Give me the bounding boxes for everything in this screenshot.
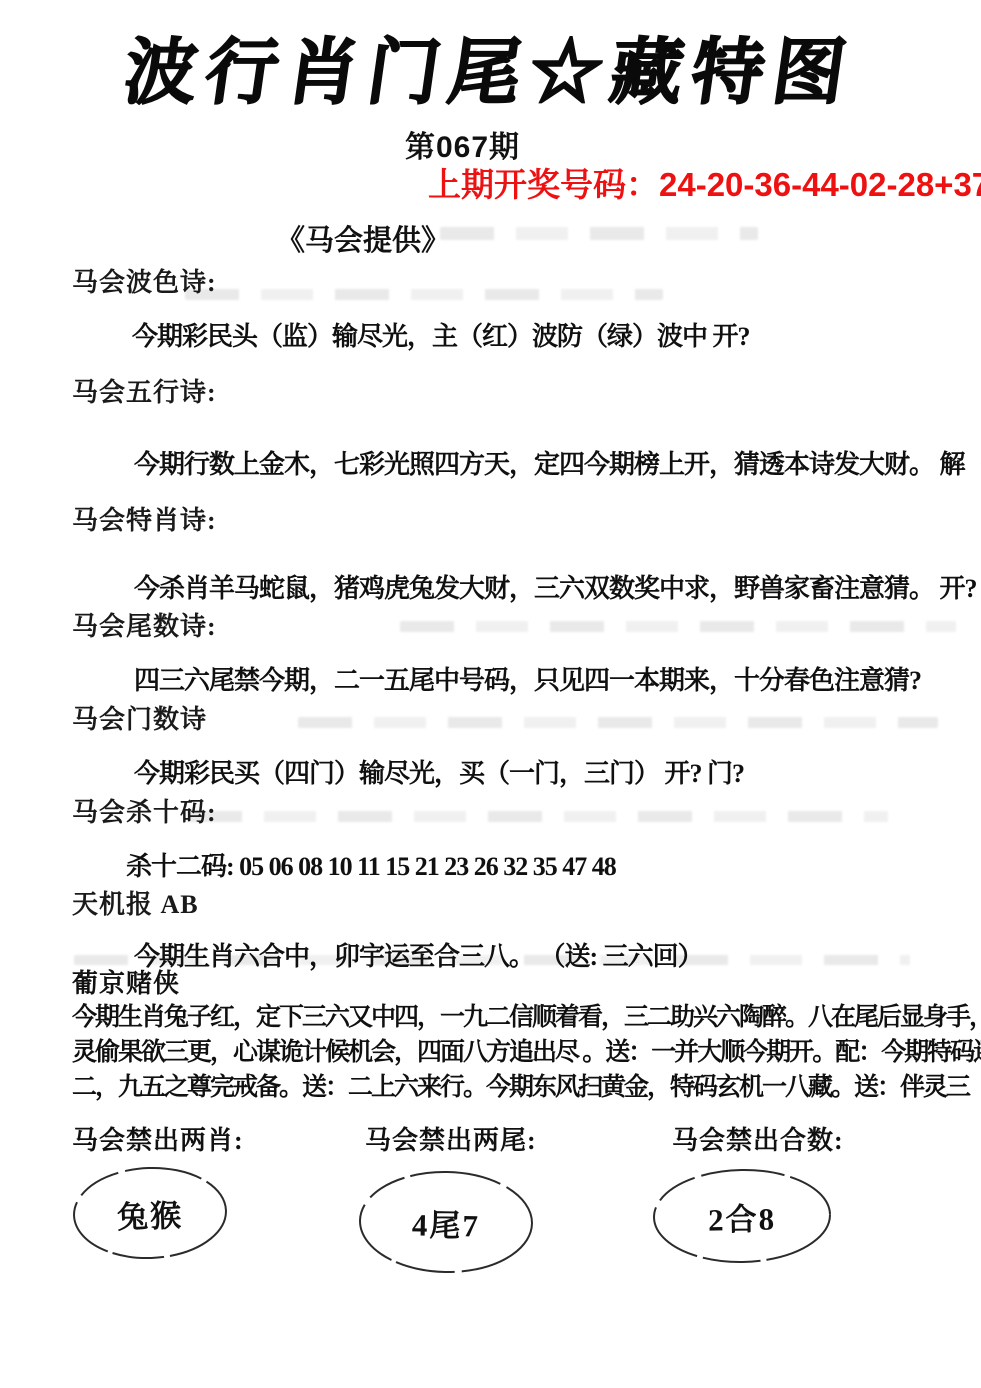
forbidden-zodiac-value: 兔猴: [116, 1189, 184, 1236]
section-label-tianji-report: 天机报 AB: [72, 884, 199, 921]
provider-heading: 《马会提供》: [276, 218, 450, 259]
forbidden-tail-label: 马会禁出两尾:: [365, 1120, 537, 1157]
section-label-kill-codes: 马会杀十码:: [72, 792, 217, 829]
paragraph-label-pujing: 葡京赌侠: [72, 963, 180, 1000]
section-label-weishu-poem: 马会尾数诗:: [72, 606, 217, 643]
scan-smudge: [298, 717, 938, 728]
section-label-texiao-poem: 马会特肖诗:: [72, 500, 217, 537]
paragraph-line: 灵偷果欲三更，心谋诡计候机会，四面八方追出尽 。送：一并大顺今期开。配：今期特码…: [72, 1032, 981, 1068]
forbidden-sum-value: 2合8: [708, 1193, 777, 1239]
section-line-kill-codes: 杀十二码: 05 06 08 10 11 15 21 23 26 32 35 4…: [126, 846, 616, 883]
paragraph-line: 二，九五之尊完戒备。送：二上六来行。今期东风扫黄金，特码玄机一八藏。送：伴灵三: [72, 1067, 969, 1103]
forbidden-zodiac-label: 马会禁出两肖:: [72, 1120, 244, 1157]
last-draw-numbers: 上期开奖号码：24-20-36-44-02-28+37: [428, 159, 981, 206]
section-line-bose-poem: 今期彩民头（监）输尽光，主（红）波防（绿）波中 开?: [132, 316, 750, 353]
scan-smudge: [440, 227, 758, 240]
section-line-tianji-report: 今期生肖六合中，卯宇运至合三八。 （送: 三六回）: [134, 936, 703, 973]
section-line-menshu-poem: 今期彩民买（四门）输尽光，买（一门，三门） 开? 门?: [134, 753, 744, 790]
section-label-bose-poem: 马会波色诗:: [72, 262, 217, 299]
forbidden-tail-value: 4尾7: [412, 1199, 481, 1245]
page-title: 波行肖门尾☆藏特图: [0, 14, 981, 118]
section-label-menshu-poem: 马会门数诗: [72, 699, 207, 736]
scan-smudge: [185, 289, 663, 300]
section-line-wuxing-poem: 今期行数上金木，七彩光照四方天，定四今期榜上开，猜透本诗发大财。 解（?）: [134, 444, 981, 481]
section-label-wuxing-poem: 马会五行诗:: [72, 372, 217, 409]
scan-smudge: [400, 621, 956, 632]
paragraph-line: 今期生肖兔子红，定下三六又中四，一九二信顺着看，三二助兴六陶醉。八在尾后显身手，…: [72, 997, 981, 1033]
section-line-texiao-poem: 今杀肖羊马蛇鼠，猪鸡虎兔发大财，三六双数奖中求，野兽家畜注意猜。 开?: [134, 568, 977, 605]
section-line-weishu-poem: 四三六尾禁今期，二一五尾中号码，只见四一本期来，十分春色注意猜?: [134, 660, 921, 697]
forbidden-sum-oval: 2合8: [649, 1164, 835, 1267]
forbidden-tail-oval: 4尾7: [355, 1166, 537, 1277]
forbidden-zodiac-oval: 兔猴: [68, 1161, 231, 1265]
forbidden-sum-label: 马会禁出合数:: [672, 1120, 844, 1157]
scan-smudge: [188, 811, 888, 822]
